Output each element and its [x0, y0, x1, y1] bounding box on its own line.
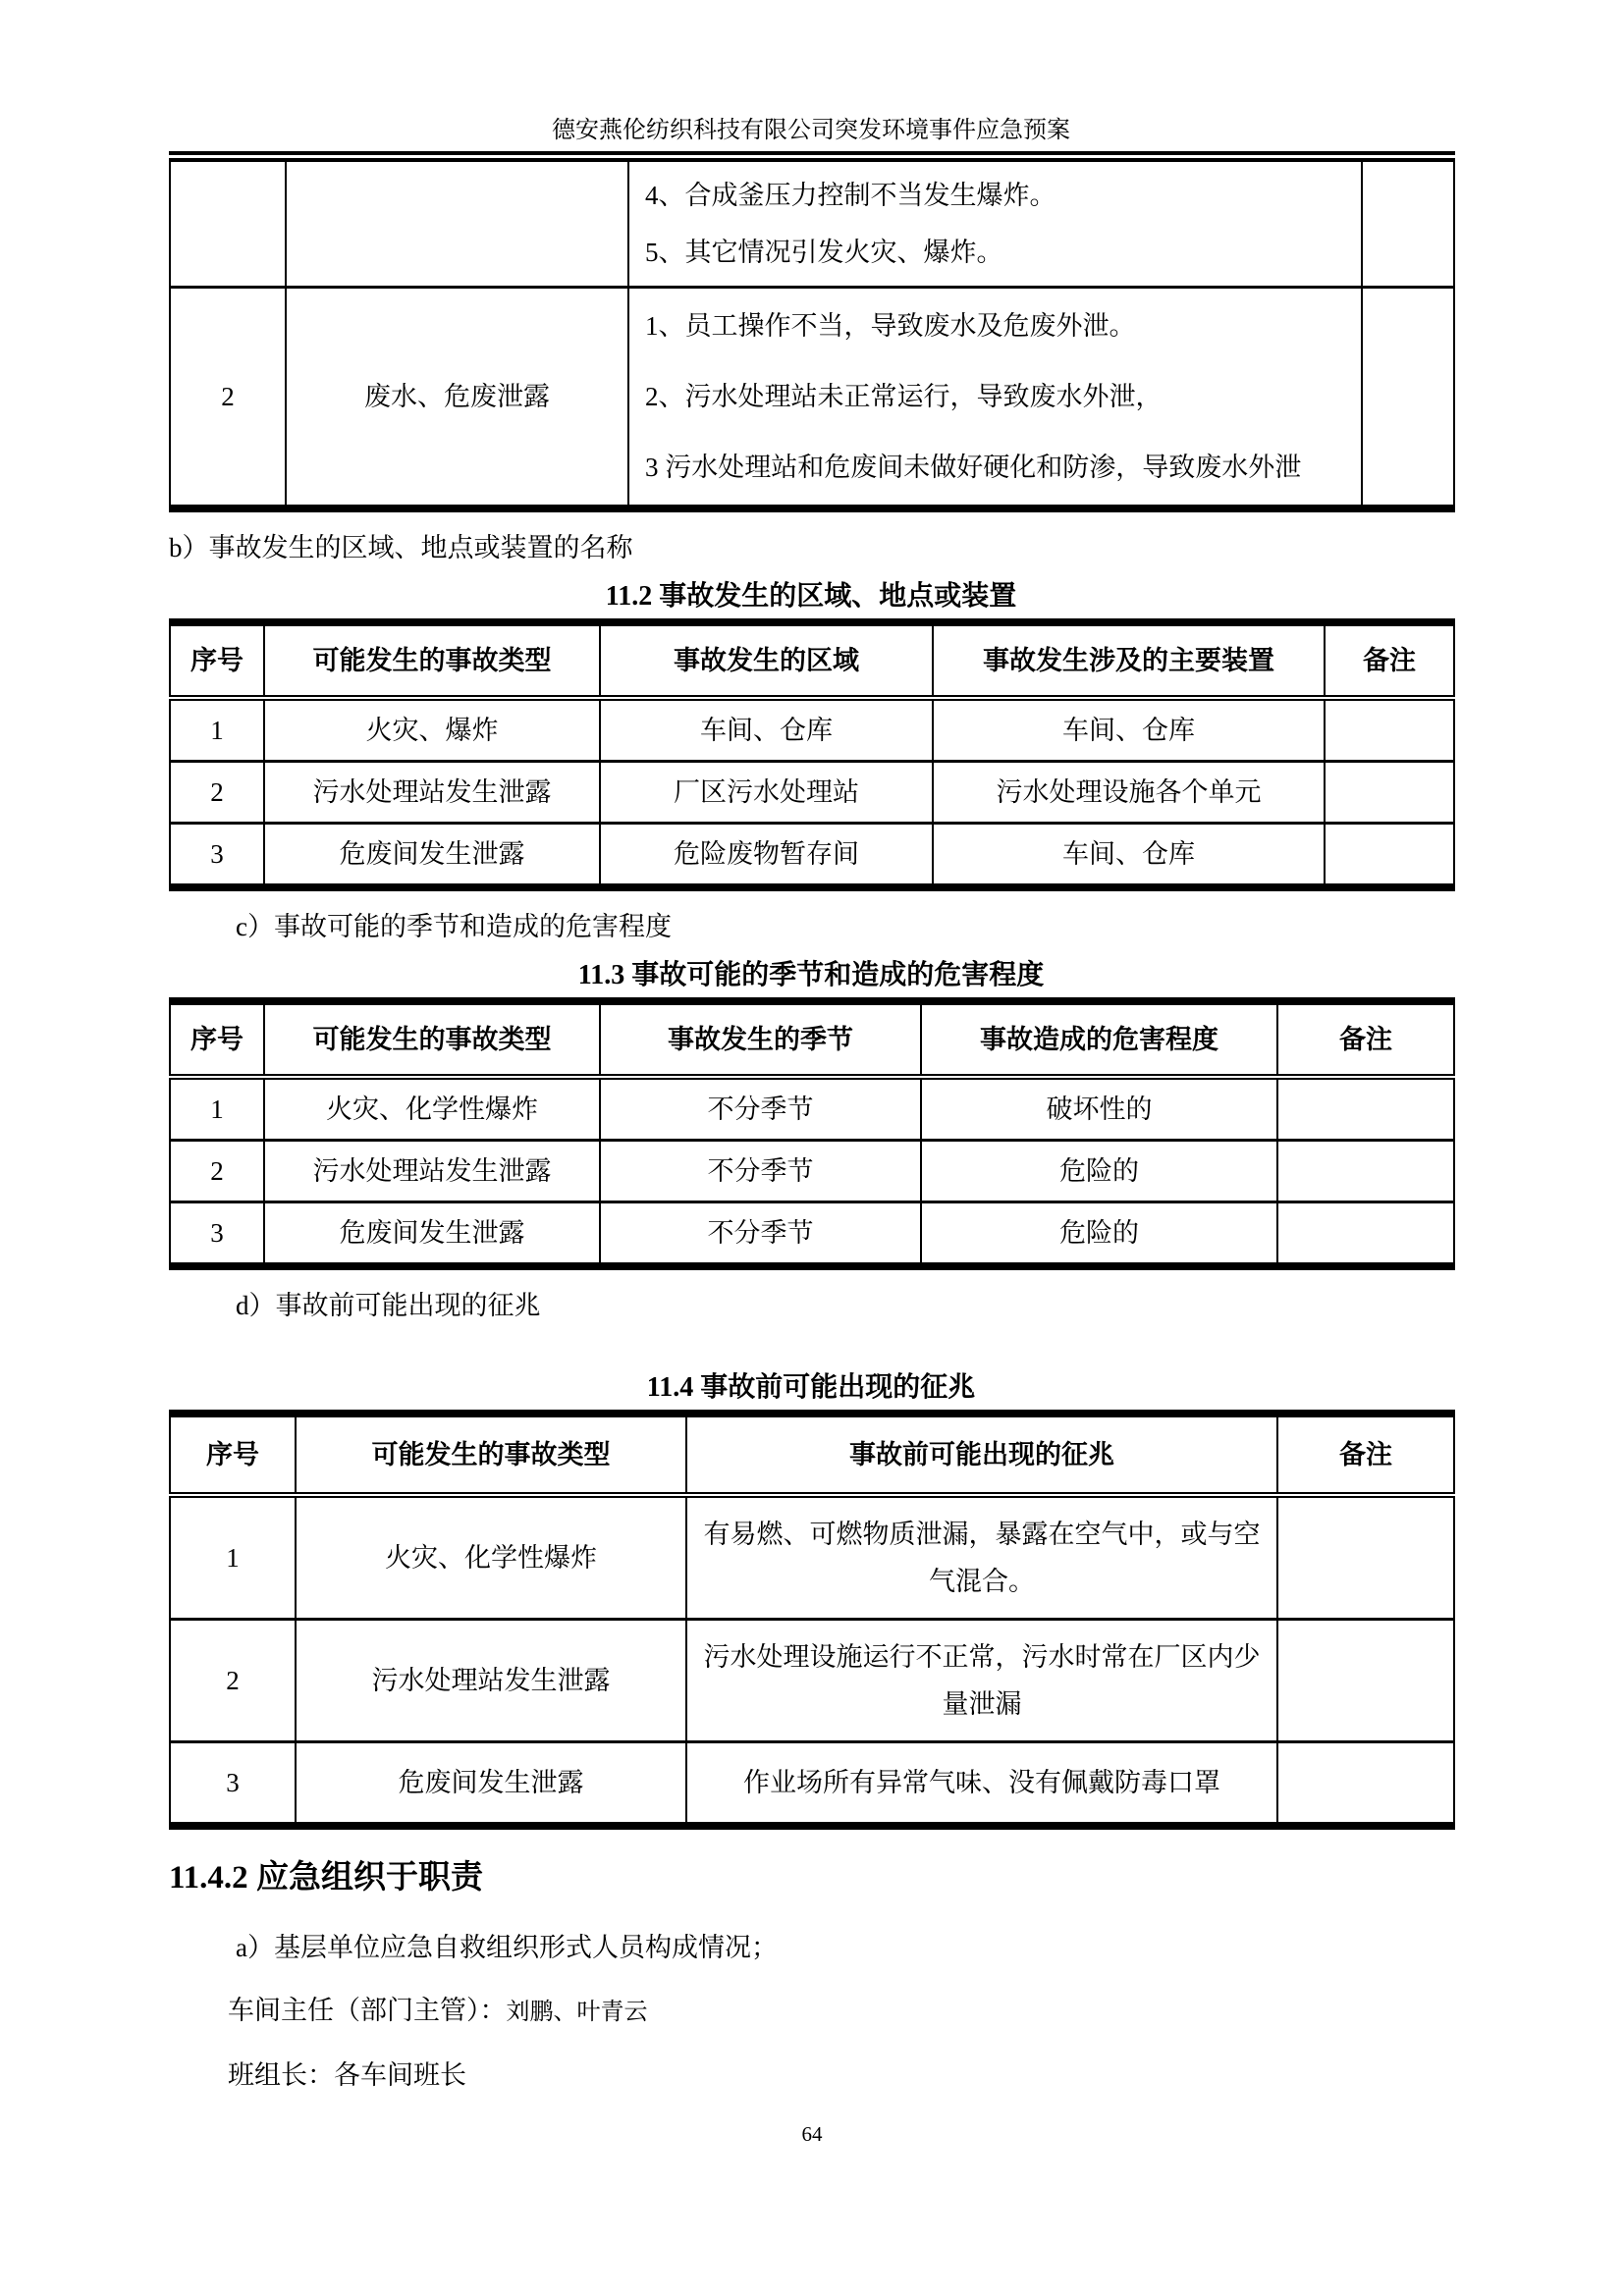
- header-cell: 备注: [1325, 622, 1454, 698]
- type-cell: 废水、危废泄露: [286, 288, 628, 509]
- table-cell: 污水处理站发生泄露: [264, 762, 600, 824]
- table-row: 2 污水处理站发生泄露 污水处理设施运行不正常，污水时常在厂区内少量泄漏: [170, 1620, 1454, 1742]
- table-cell: 污水处理设施各个单元: [933, 762, 1325, 824]
- section-b-label: b）事故发生的区域、地点或装置的名称: [169, 528, 1453, 567]
- section-c-label: c）事故可能的季节和造成的危害程度: [169, 907, 1453, 946]
- table-cell: [1277, 1620, 1454, 1742]
- header-cell: 可能发生的事故类型: [264, 622, 600, 698]
- cause-line: 5、其它情况引发火灾、爆炸。: [645, 232, 1353, 273]
- header-cell: 可能发生的事故类型: [296, 1414, 686, 1495]
- workshop-director-label: 车间主任（部门主管）：: [228, 1996, 507, 2025]
- page-number: 64: [0, 2122, 1624, 2147]
- section-number: 11.4.2: [169, 1860, 248, 1896]
- header-cell: 事故前可能出现的征兆: [686, 1414, 1277, 1495]
- table-cell: 火灾、化学性爆炸: [296, 1495, 686, 1620]
- table-cell: 1: [170, 1495, 296, 1620]
- table-cell: 火灾、化学性爆炸: [264, 1077, 600, 1141]
- table-11-3-title: 11.3 事故可能的季节和造成的危害程度: [169, 956, 1453, 995]
- cause-line: 1、员工操作不当，导致废水及危废外泄。: [645, 305, 1353, 347]
- remark-cell-empty: [1362, 157, 1454, 288]
- table-11-2-title: 11.2 事故发生的区域、地点或装置: [169, 577, 1453, 616]
- item-a-paragraph: a）基层单位应急自救组织形式人员构成情况；: [169, 1928, 1453, 1967]
- header-cell: 序号: [170, 1414, 296, 1495]
- table-cell: [1277, 1742, 1454, 1827]
- table-cell: 火灾、爆炸: [264, 698, 600, 762]
- table-cell: 不分季节: [600, 1077, 921, 1141]
- table-cell: 危险废物暂存间: [600, 824, 933, 888]
- section-title: 应急组织于职责: [256, 1860, 483, 1896]
- table-cell: 厂区污水处理站: [600, 762, 933, 824]
- seq-cell: 2: [170, 288, 286, 509]
- type-cell-empty: [286, 157, 628, 288]
- table-header-row: 序号 可能发生的事故类型 事故前可能出现的征兆 备注: [170, 1414, 1454, 1495]
- table-row: 3 危废间发生泄露 不分季节 危险的: [170, 1202, 1454, 1267]
- header-cell: 备注: [1277, 1414, 1454, 1495]
- cause-cell: 4、合成釜压力控制不当发生爆炸。 5、其它情况引发火灾、爆炸。: [628, 157, 1362, 288]
- header-cell: 事故发生的季节: [600, 1001, 921, 1077]
- table-cell: 危废间发生泄露: [296, 1742, 686, 1827]
- table-cell: [1325, 698, 1454, 762]
- section-11-4-2-heading: 11.4.2 应急组织于职责: [169, 1855, 1453, 1900]
- team-leader-paragraph: 班组长：各车间班长: [169, 2056, 1453, 2095]
- page-header-title: 德安燕伦纺织科技有限公司突发环境事件应急预案: [169, 116, 1453, 145]
- table-11-4-title: 11.4 事故前可能出现的征兆: [169, 1368, 1453, 1408]
- table-cell: 危险的: [921, 1202, 1277, 1267]
- table-row: 2 污水处理站发生泄露 厂区污水处理站 污水处理设施各个单元: [170, 762, 1454, 824]
- header-cell: 可能发生的事故类型: [264, 1001, 600, 1077]
- table-cell: 车间、仓库: [600, 698, 933, 762]
- cause-line: 3 污水处理站和危废间未做好硬化和防渗，导致废水外泄: [645, 447, 1353, 488]
- table-cell: 2: [170, 762, 264, 824]
- table-cell: 1: [170, 1077, 264, 1141]
- seq-cell-empty: [170, 157, 286, 288]
- table-cell: 污水处理站发生泄露: [264, 1141, 600, 1202]
- table-cell: [1277, 1077, 1454, 1141]
- table-11-4: 序号 可能发生的事故类型 事故前可能出现的征兆 备注 1 火灾、化学性爆炸 有易…: [169, 1410, 1455, 1830]
- table-cell: 不分季节: [600, 1141, 921, 1202]
- table-header-row: 序号 可能发生的事故类型 事故发生的季节 事故造成的危害程度 备注: [170, 1001, 1454, 1077]
- header-cell: 序号: [170, 622, 264, 698]
- table-cell: [1277, 1141, 1454, 1202]
- section-d-label: d）事故前可能出现的征兆: [169, 1286, 1453, 1325]
- table-cell: 污水处理站发生泄露: [296, 1620, 686, 1742]
- table-cell: 3: [170, 1202, 264, 1267]
- table-row: 1 火灾、爆炸 车间、仓库 车间、仓库: [170, 698, 1454, 762]
- table-row: 2 污水处理站发生泄露 不分季节 危险的: [170, 1141, 1454, 1202]
- workshop-director-names: 刘鹏、叶青云: [507, 2000, 648, 2025]
- table-cell: [1277, 1495, 1454, 1620]
- document-page: 德安燕伦纺织科技有限公司突发环境事件应急预案 4、合成釜压力控制不当发生爆炸。 …: [0, 0, 1624, 2296]
- remark-cell-empty: [1362, 288, 1454, 509]
- table-row: 2 废水、危废泄露 1、员工操作不当，导致废水及危废外泄。 2、污水处理站未正常…: [170, 288, 1454, 509]
- table-row: 3 危废间发生泄露 危险废物暂存间 车间、仓库: [170, 824, 1454, 888]
- header-cell: 序号: [170, 1001, 264, 1077]
- table-11-3: 序号 可能发生的事故类型 事故发生的季节 事故造成的危害程度 备注 1 火灾、化…: [169, 997, 1455, 1270]
- table-row: 1 火灾、化学性爆炸 不分季节 破坏性的: [170, 1077, 1454, 1141]
- cause-line: 2、污水处理站未正常运行，导致废水外泄，: [645, 376, 1353, 417]
- table-cell: 2: [170, 1141, 264, 1202]
- table-cell: 危险的: [921, 1141, 1277, 1202]
- header-cell: 事故造成的危害程度: [921, 1001, 1277, 1077]
- cause-cell: 1、员工操作不当，导致废水及危废外泄。 2、污水处理站未正常运行，导致废水外泄，…: [628, 288, 1362, 509]
- cause-line: 4、合成釜压力控制不当发生爆炸。: [645, 175, 1353, 216]
- header-cell: 备注: [1277, 1001, 1454, 1077]
- table-cell: 危废间发生泄露: [264, 824, 600, 888]
- table-cell: 3: [170, 1742, 296, 1827]
- table-cell: 有易燃、可燃物质泄漏，暴露在空气中，或与空气混合。: [686, 1495, 1277, 1620]
- table-cell: [1325, 762, 1454, 824]
- table-row: 4、合成釜压力控制不当发生爆炸。 5、其它情况引发火灾、爆炸。: [170, 157, 1454, 288]
- table-cell: [1325, 824, 1454, 888]
- table-cell: [1277, 1202, 1454, 1267]
- table-cell: 危废间发生泄露: [264, 1202, 600, 1267]
- table-cell: 不分季节: [600, 1202, 921, 1267]
- table-cell: 车间、仓库: [933, 698, 1325, 762]
- table-cell: 破坏性的: [921, 1077, 1277, 1141]
- accident-cause-table-continued: 4、合成釜压力控制不当发生爆炸。 5、其它情况引发火灾、爆炸。 2 废水、危废泄…: [169, 151, 1455, 512]
- table-row: 1 火灾、化学性爆炸 有易燃、可燃物质泄漏，暴露在空气中，或与空气混合。: [170, 1495, 1454, 1620]
- table-header-row: 序号 可能发生的事故类型 事故发生的区域 事故发生涉及的主要装置 备注: [170, 622, 1454, 698]
- workshop-director-paragraph: 车间主任（部门主管）：刘鹏、叶青云: [169, 1991, 1453, 2032]
- table-cell: 2: [170, 1620, 296, 1742]
- header-cell: 事故发生的区域: [600, 622, 933, 698]
- table-cell: 作业场所有异常气味、没有佩戴防毒口罩: [686, 1742, 1277, 1827]
- table-row: 3 危废间发生泄露 作业场所有异常气味、没有佩戴防毒口罩: [170, 1742, 1454, 1827]
- table-cell: 3: [170, 824, 264, 888]
- header-cell: 事故发生涉及的主要装置: [933, 622, 1325, 698]
- table-cell: 污水处理设施运行不正常，污水时常在厂区内少量泄漏: [686, 1620, 1277, 1742]
- page-content: 德安燕伦纺织科技有限公司突发环境事件应急预案 4、合成釜压力控制不当发生爆炸。 …: [0, 0, 1624, 2095]
- table-cell: 1: [170, 698, 264, 762]
- table-11-2: 序号 可能发生的事故类型 事故发生的区域 事故发生涉及的主要装置 备注 1 火灾…: [169, 618, 1455, 891]
- table-cell: 车间、仓库: [933, 824, 1325, 888]
